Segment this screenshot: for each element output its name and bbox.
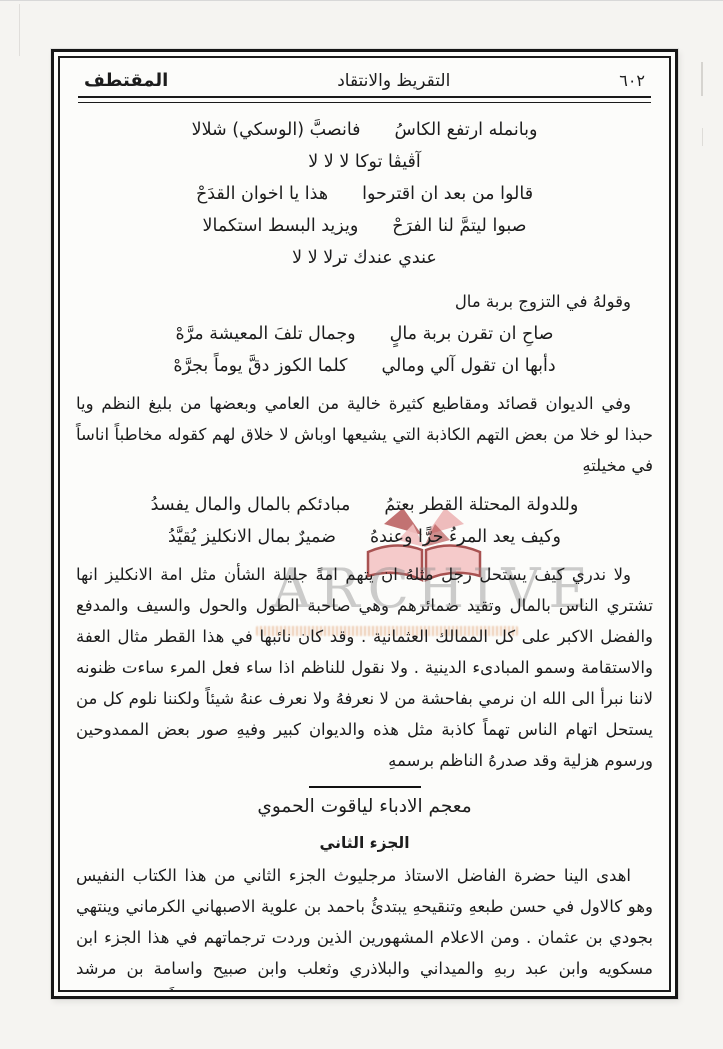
hemistich: صبوا ليتمَّ لنا الفرَحْ bbox=[392, 210, 526, 242]
scan-edge-right-2 bbox=[702, 128, 703, 146]
hemistich: فانصبَّ (الوسكي) شلالا bbox=[192, 114, 361, 146]
page-number: ٦٠٢ bbox=[619, 71, 645, 90]
separator-rule bbox=[309, 786, 421, 788]
hemistich: كلما الكوز دقَّ يوماً بجرَّهْ bbox=[173, 350, 347, 382]
hemistich: مبادئكم بالمال والمال يفسدُ bbox=[151, 489, 351, 521]
review-body: اهدى الينا حضرة الفاضل الاستاذ مرجليوث ا… bbox=[76, 860, 653, 992]
verse-line: وكيف يعد المرءُ حرًّا وعندهُ ضميرٌ بمال … bbox=[76, 521, 653, 553]
verse-line: قالوا من بعد ان اقترحوا هذا يا اخوان الق… bbox=[76, 178, 653, 210]
scan-edge-top bbox=[0, 0, 723, 1]
verse-line: وبانمله ارتفع الكاسُ فانصبَّ (الوسكي) شل… bbox=[76, 114, 653, 146]
verse-line: صاحِ ان تقرن بربة مالٍ وجمال تلفَ المعيش… bbox=[76, 318, 653, 350]
prose-paragraph: ولا ندري كيف يستحل رجل مثلهُ ان يتهم امة… bbox=[76, 559, 653, 776]
hemistich: وكيف يعد المرءُ حرًّا وعندهُ bbox=[370, 521, 561, 553]
verse-line: دأبها ان تقول آلي ومالي كلما الكوز دقَّ … bbox=[76, 350, 653, 382]
hemistich: دأبها ان تقول آلي ومالي bbox=[381, 350, 555, 382]
review-subtitle: الجزء الثاني bbox=[76, 832, 653, 854]
prose-paragraph: وفي الديوان قصائد ومقاطيع كثيرة خالية من… bbox=[76, 388, 653, 481]
section-intro: وقولهُ في التزوج بربة مال bbox=[76, 286, 653, 318]
header-rule bbox=[78, 96, 651, 103]
page-content: ٦٠٢ التقريظ والانتقاد المقتطف وبانمله ار… bbox=[60, 58, 669, 992]
refrain-line: آڤيڤا توكا لا لا لا bbox=[76, 146, 653, 178]
hemistich: قالوا من بعد ان اقترحوا bbox=[362, 178, 533, 210]
page-header: ٦٠٢ التقريظ والانتقاد المقتطف bbox=[76, 68, 653, 95]
refrain-line: عندي عندك ترلا لا لا bbox=[76, 242, 653, 274]
hemistich: ويزيد البسط استكمالا bbox=[203, 210, 359, 242]
review-title: معجم الادباء لياقوت الحموي bbox=[76, 794, 653, 820]
verse-line: وللدولة المحتلة القطر بعتمُ مبادئكم بالم… bbox=[76, 489, 653, 521]
hemistich: وبانمله ارتفع الكاسُ bbox=[395, 114, 538, 146]
section-title: التقريظ والانتقاد bbox=[337, 71, 450, 91]
hemistich: وللدولة المحتلة القطر بعتمُ bbox=[384, 489, 578, 521]
page-inner-frame: ARCHIVE ٦٠٢ التقريظ والانتقاد المقتطف وب… bbox=[58, 56, 671, 992]
hemistich: وجمال تلفَ المعيشة مرَّهْ bbox=[175, 318, 355, 350]
scan-edge-left bbox=[19, 4, 20, 56]
hemistich: هذا يا اخوان القدَحْ bbox=[196, 178, 328, 210]
verse-line: صبوا ليتمَّ لنا الفرَحْ ويزيد البسط استك… bbox=[76, 210, 653, 242]
hemistich: صاحِ ان تقرن بربة مالٍ bbox=[390, 318, 554, 350]
scan-edge-right bbox=[701, 62, 703, 96]
hemistich: ضميرٌ بمال الانكليز يُقيَّدُ bbox=[168, 521, 336, 553]
magazine-title: المقتطف bbox=[84, 70, 168, 91]
page-frame: ARCHIVE ٦٠٢ التقريظ والانتقاد المقتطف وب… bbox=[51, 49, 678, 999]
